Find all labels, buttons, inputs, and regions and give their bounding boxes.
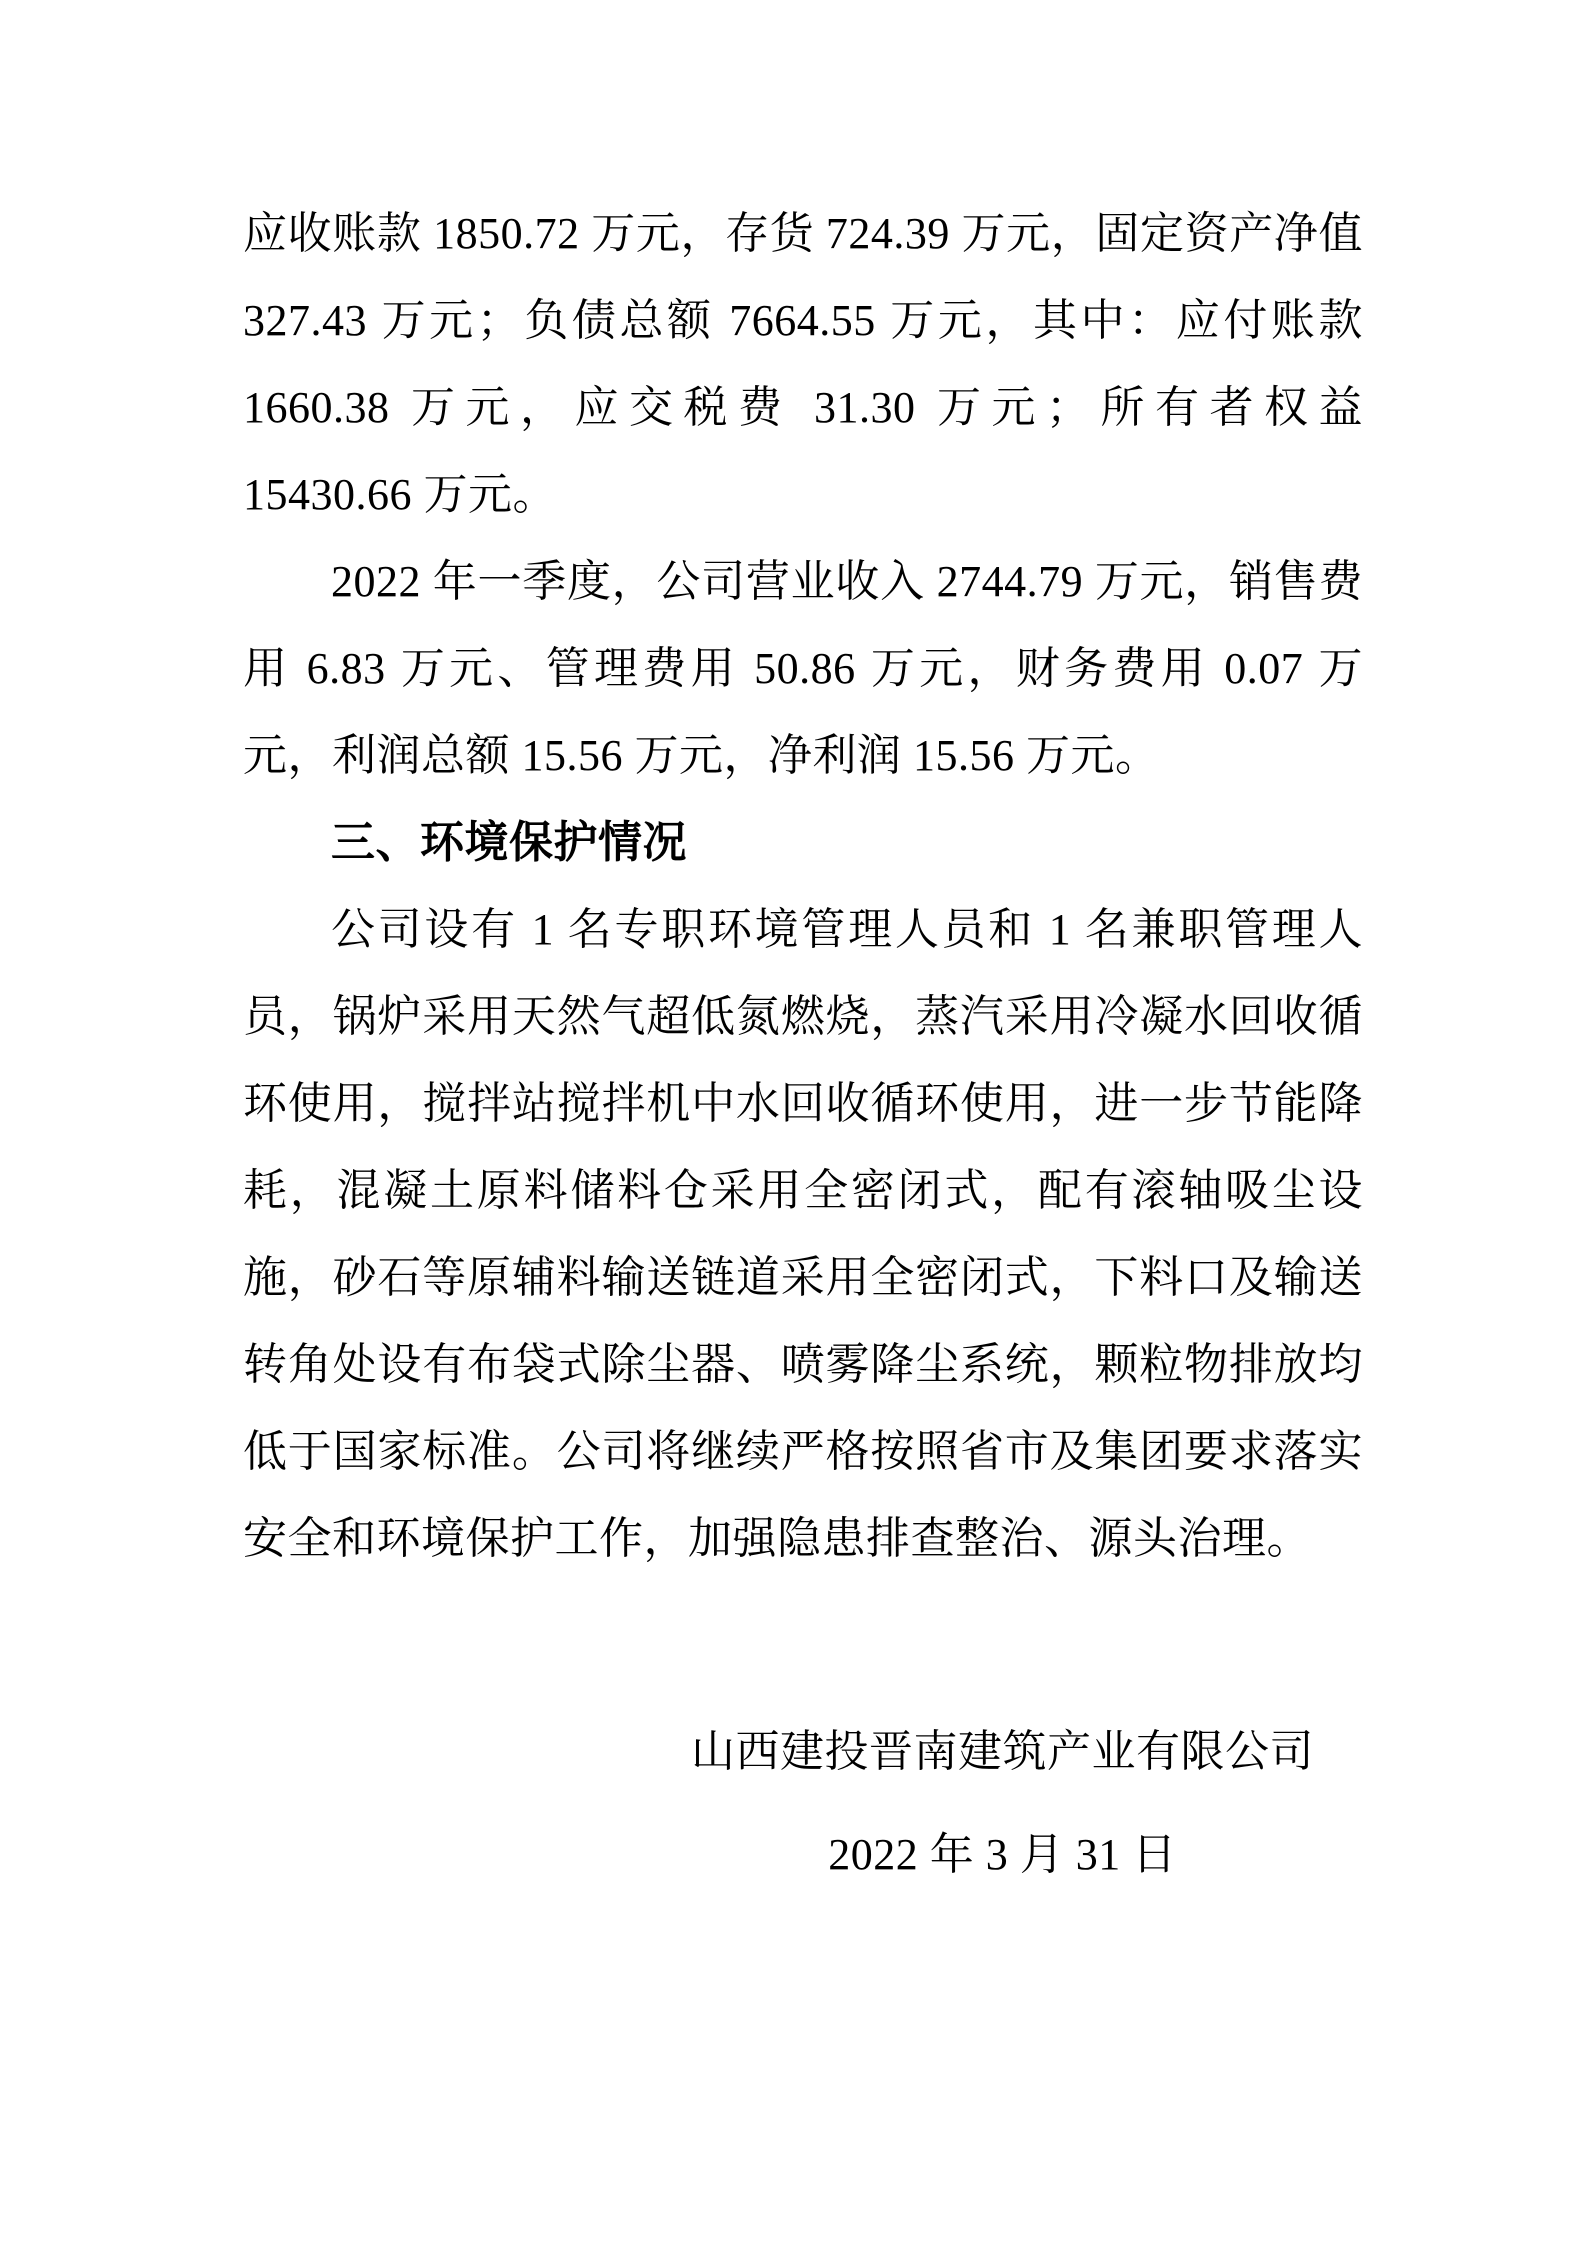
document-page: 应收账款 1850.72 万元，存货 724.39 万元，固定资产净值 327.… xyxy=(0,0,1587,2245)
paragraph-financial-position: 应收账款 1850.72 万元，存货 724.39 万元，固定资产净值 327.… xyxy=(243,190,1363,538)
signature-company-name: 山西建投晋南建筑产业有限公司 xyxy=(691,1700,1314,1803)
paragraph-environment: 公司设有 1 名专职环境管理人员和 1 名兼职管理人员，锅炉采用天然气超低氮燃烧… xyxy=(243,886,1363,1582)
signature-block: 山西建投晋南建筑产业有限公司 2022 年 3 月 31 日 xyxy=(691,1700,1314,1906)
paragraph-q1-results: 2022 年一季度，公司营业收入 2744.79 万元，销售费用 6.83 万元… xyxy=(243,538,1363,799)
page-content: 应收账款 1850.72 万元，存货 724.39 万元，固定资产净值 327.… xyxy=(243,190,1363,1906)
signature-date: 2022 年 3 月 31 日 xyxy=(691,1803,1314,1906)
section-heading-environment: 三、环境保护情况 xyxy=(243,799,1363,886)
